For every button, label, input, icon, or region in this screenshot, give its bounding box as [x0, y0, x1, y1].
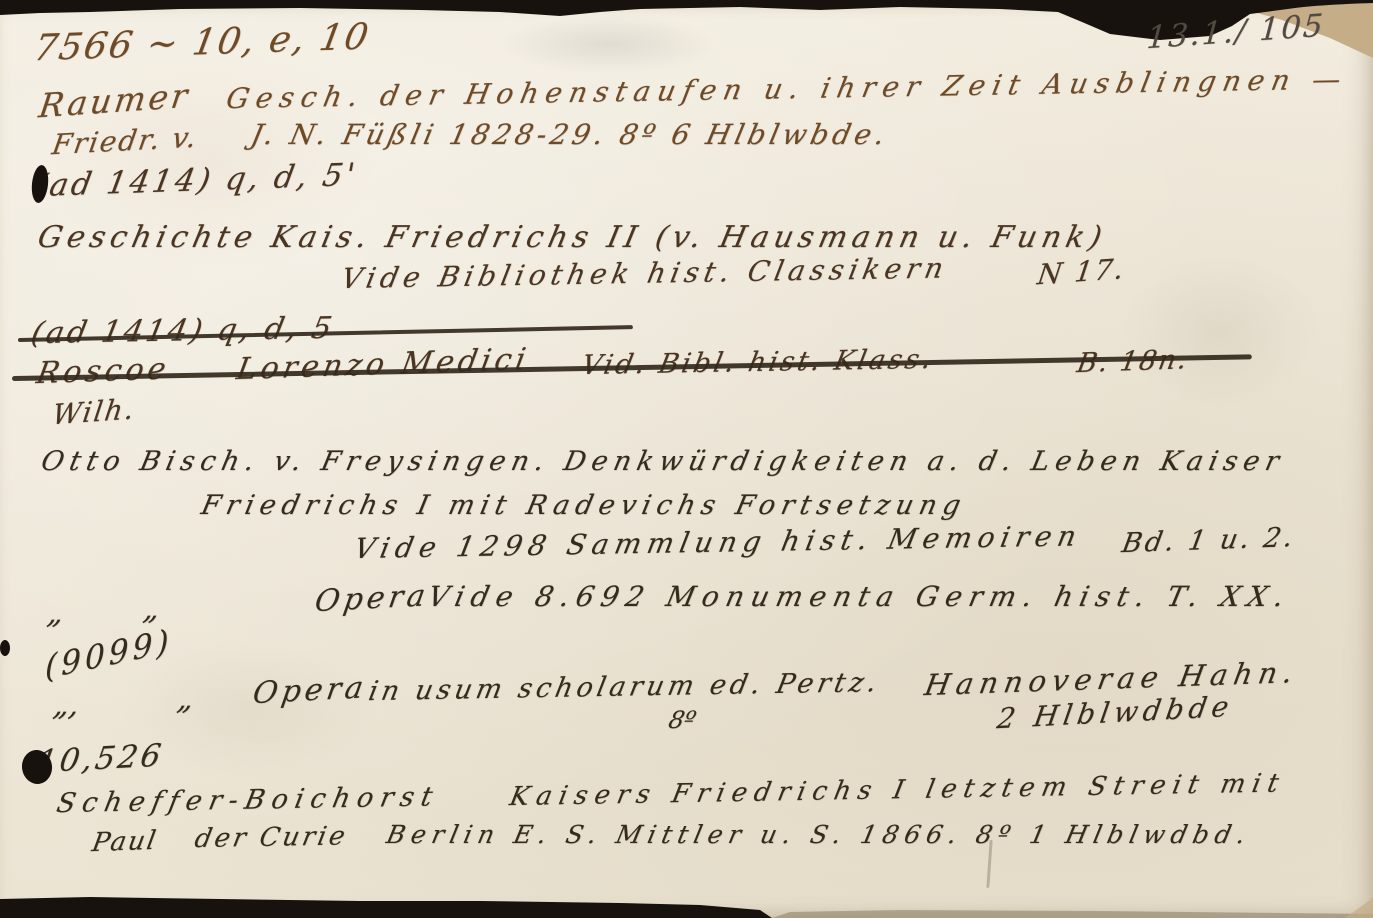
paper-stain: [1120, 250, 1320, 410]
handwritten-text: 10,526: [34, 737, 166, 780]
handwritten-text: Opera: [250, 670, 369, 711]
handwritten-text: Vide 8.692 Monumenta Germ. hist. T. XX.: [425, 580, 1294, 613]
handwritten-text: Lorenzo Medici: [234, 342, 533, 387]
handwritten-text: „,: [51, 688, 84, 723]
ink-blot: [0, 640, 10, 656]
handwritten-text: „: [141, 592, 164, 627]
handwritten-text: N 17.: [1035, 252, 1127, 292]
handwritten-text: 8º: [666, 706, 699, 734]
handwritten-text: „: [175, 682, 198, 717]
torn-edge-bottom: [0, 872, 1373, 918]
handwritten-text: Paul: [90, 826, 160, 858]
handwritten-text: (ad 1414) q, d, 5: [28, 311, 337, 351]
handwritten-text: Raumer: [36, 75, 192, 125]
handwritten-text: Vide Bibliothek hist. Classikern: [339, 251, 952, 295]
handwritten-text: J. N. Füßli 1828-29. 8º 6 Hlblwbde.: [248, 118, 892, 151]
handwritten-text: Bd. 1 u. 2.: [1119, 522, 1298, 559]
handwritten-text: (ad 1414) q, d, 5': [32, 157, 361, 204]
handwritten-text: (9099): [45, 621, 173, 687]
catalog-card-page: 7566 ~ 10, e, 10RaumerGesch. der Hohenst…: [0, 0, 1373, 918]
handwritten-text: Vide 1298 Sammlung hist. Memoiren: [352, 519, 1085, 565]
handwritten-text: Roscoe: [34, 351, 173, 391]
handwritten-text: der Curie: [192, 821, 350, 854]
handwritten-text: Friedrichs I mit Radevichs Fortsetzung: [198, 490, 969, 521]
handwritten-text: Gesch. der Hohenstaufen u. ihrer Zeit Au…: [224, 62, 1351, 115]
handwritten-text: Opera: [312, 578, 431, 619]
handwritten-text: Berlin E. S. Mittler u. S. 1866. 8º 1 Hl…: [384, 820, 1254, 849]
handwritten-text: in usum scholarum ed. Pertz.: [366, 667, 883, 707]
handwritten-text: „: [45, 596, 68, 631]
handwritten-text: Kaisers Friedrichs I letztem Streit mit: [507, 768, 1288, 812]
handwritten-text: Friedr. v.: [50, 120, 201, 161]
handwritten-text: Otto Bisch. v. Freysingen. Denkwürdigkei…: [38, 446, 1287, 477]
handwritten-text: Geschichte Kais. Friedrichs II (v. Hausm…: [35, 220, 1110, 255]
handwritten-text: Wilh.: [50, 392, 138, 431]
handwritten-text: Scheffer-Boichorst: [54, 781, 442, 819]
